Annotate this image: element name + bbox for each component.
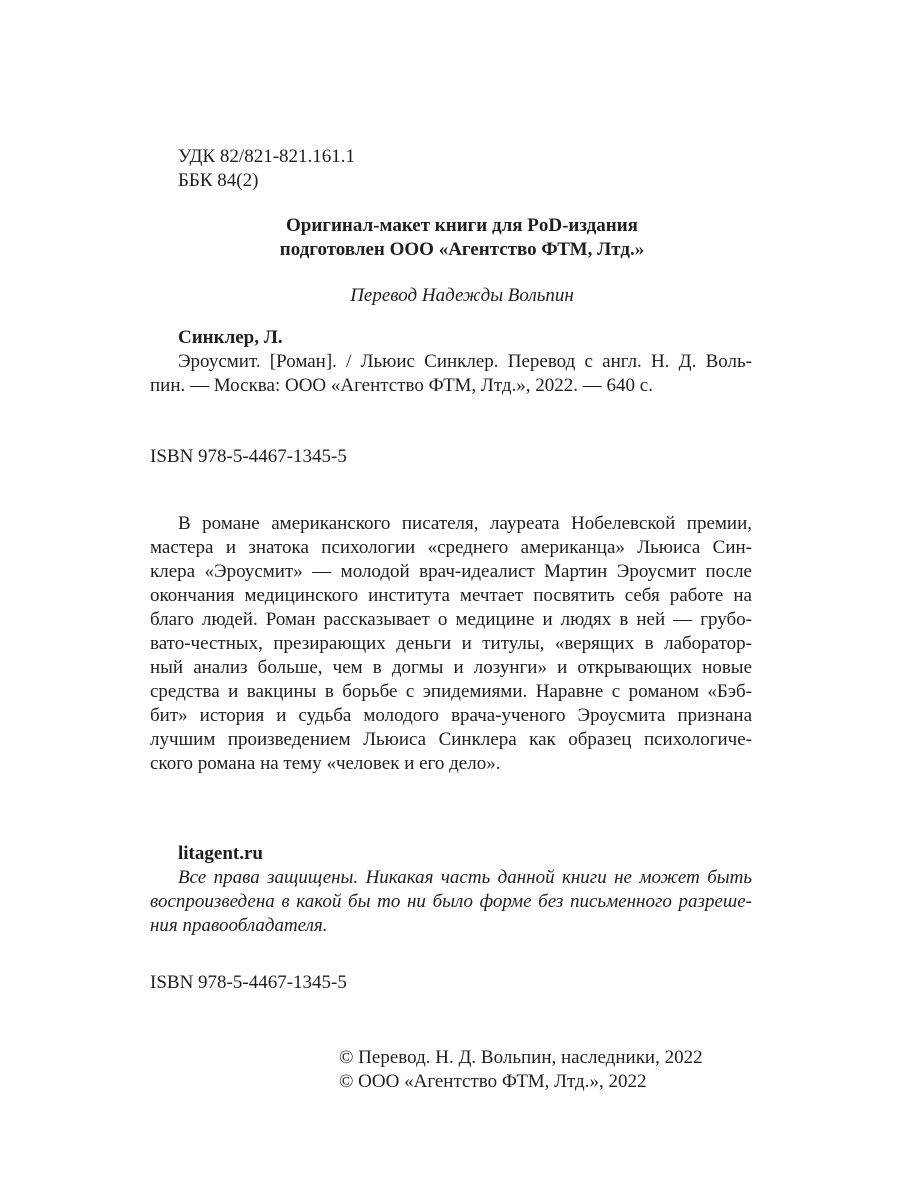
annotation-line: В романе американского писателя, лауреат…	[150, 512, 752, 536]
isbn-bottom: ISBN 978-5-4467-1345-5	[150, 971, 752, 995]
pod-imprint-notice-line: подготовлен ООО «Агентство ФТМ, Лтд.»	[172, 238, 752, 262]
annotation-line: благо людей. Роман рассказывает о медици…	[150, 608, 752, 632]
copyright-block-line: © ООО «Агентство ФТМ, Лтд.», 2022	[339, 1070, 752, 1094]
bbk-code: ББК 84(2)	[150, 169, 752, 193]
udk-code: УДК 82/821-821.161.1	[150, 145, 752, 169]
copyright-block: © Перевод. Н. Д. Вольпин, наследники, 20…	[339, 1046, 752, 1094]
annotation-line: вато-честных, презирающих деньги и титул…	[150, 632, 752, 656]
annotation-line: средства и вакцины в борьбе с эпидемиями…	[150, 680, 752, 704]
annotation: В романе американского писателя, лауреат…	[150, 512, 752, 776]
rights-notice-line: воспроизведена в какой бы то ни было фор…	[150, 890, 752, 914]
copyright-block-line: © Перевод. Н. Д. Вольпин, наследники, 20…	[339, 1046, 752, 1070]
rights-notice-line: Все права защищены. Никакая часть данной…	[150, 866, 752, 890]
annotation-line: мастера и знатока психологии «среднего а…	[150, 536, 752, 560]
rights-notice: Все права защищены. Никакая часть данной…	[150, 866, 752, 938]
pod-imprint-notice-line: Оригинал-макет книги для PoD-издания	[172, 214, 752, 238]
annotation-line: бит» история и судьба молодого врача-уче…	[150, 704, 752, 728]
pod-imprint-notice: Оригинал-макет книги для PoD-изданияподг…	[150, 214, 752, 262]
annotation-line: ского романа на тему «человек и его дело…	[150, 752, 752, 776]
author-heading: Синклер, Л.	[150, 326, 752, 350]
annotation-line: окончания медицинского института мечтает…	[150, 584, 752, 608]
bibliographic-entry-line: пин. — Москва: ООО «Агентство ФТМ, Лтд.»…	[150, 374, 752, 398]
bibliographic-entry-line: Эроусмит. [Роман]. / Льюис Синклер. Пере…	[150, 350, 752, 374]
bibliographic-entry: Эроусмит. [Роман]. / Льюис Синклер. Пере…	[150, 350, 752, 398]
litagent-domain: litagent.ru	[150, 842, 752, 866]
rights-notice-line: ния правообладателя.	[150, 914, 752, 938]
annotation-line: лучшим произведением Льюиса Синклера как…	[150, 728, 752, 752]
annotation-line: ный анализ больше, чем в догмы и лозунги…	[150, 656, 752, 680]
annotation-line: клера «Эроусмит» — молодой врач-идеалист…	[150, 560, 752, 584]
isbn-top: ISBN 978-5-4467-1345-5	[150, 445, 752, 469]
copyright-page: УДК 82/821-821.161.1 ББК 84(2) Оригинал-…	[0, 0, 900, 1200]
translator-credit: Перевод Надежды Вольпин	[150, 284, 752, 308]
